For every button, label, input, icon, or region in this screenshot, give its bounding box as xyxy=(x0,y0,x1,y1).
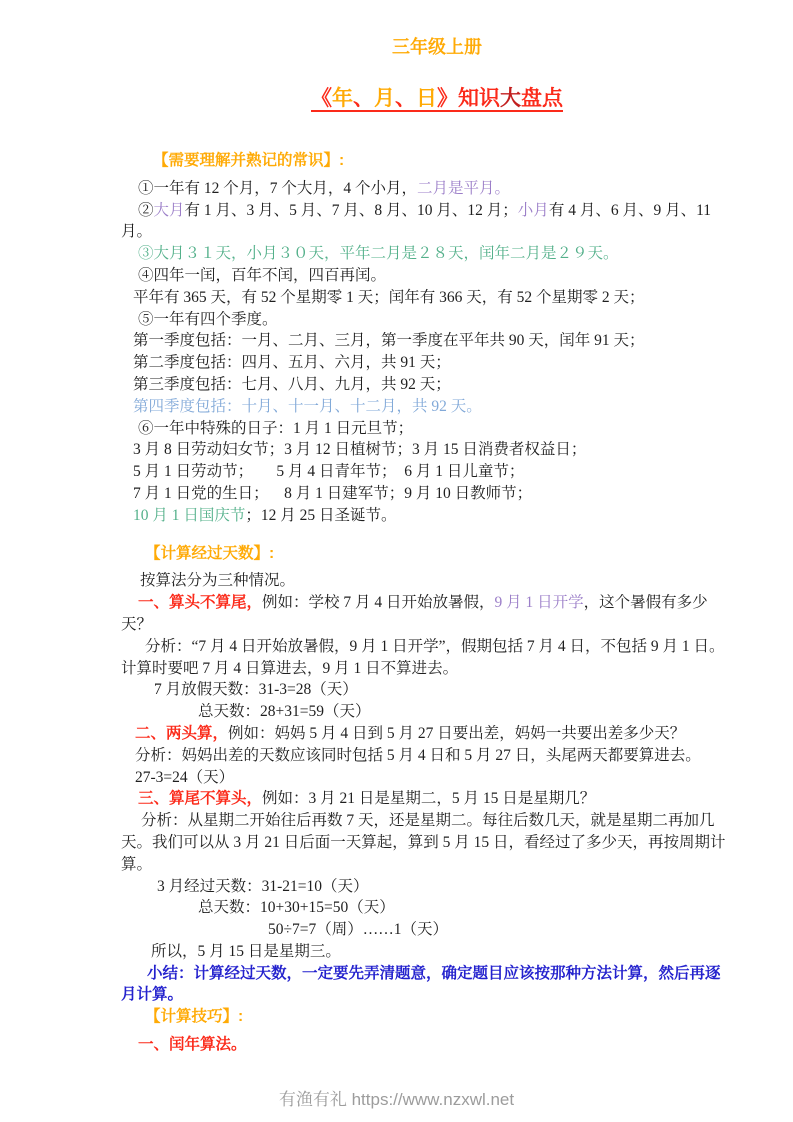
text-line: 10 月 1 日国庆节；12 月 25 日圣诞节。 xyxy=(121,505,793,527)
text-segment: 按算法分为三种情况。 xyxy=(140,572,295,589)
text-line: 二、两头算，例如：妈妈 5 月 4 日到 5 月 27 日要出差，妈妈一共要出差… xyxy=(121,723,793,745)
text-segment: 3 月 8 日劳动妇女节；3 月 12 日植树节；3 月 15 日消费者权益日； xyxy=(133,441,586,458)
text-line: 27-3=24（天） xyxy=(121,767,793,789)
text-segment: 9 月 1 日开学 xyxy=(495,594,584,611)
text-segment: 》知识 xyxy=(437,87,500,110)
text-segment: 例如：学校 7 月 4 日开始放暑假， xyxy=(262,594,495,611)
text-line: 50÷7=7（周）……1（天） xyxy=(121,919,793,941)
text-segment: 月 xyxy=(374,87,395,110)
text-line: 计算时要吧 7 月 4 日算进去，9 月 1 日不算进去。 xyxy=(121,658,793,680)
text-segment: 所以，5 月 15 日是星期三。 xyxy=(151,943,341,960)
text-line: 总天数：10+30+15=50（天） xyxy=(121,897,793,919)
text-line: ③大月３１天，小月３０天，平年二月是２８天，闰年二月是２９天。 xyxy=(121,243,793,265)
text-segment: 天。我们可以从 3 月 21 日后面一天算起，算到 5 月 15 日，看经过了多… xyxy=(121,834,726,851)
text-segment: 总天数：28+31=59（天） xyxy=(198,703,370,720)
text-line: 分析：“7 月 4 日开始放暑假，9 月 1 日开学”，假期包括 7 月 4 日… xyxy=(121,636,793,658)
text-segment: 大月 xyxy=(154,202,185,219)
text-segment: 、 xyxy=(353,87,374,110)
text-segment: 二、两头算， xyxy=(135,725,228,742)
text-line: ⑤一年有四个季度。 xyxy=(121,309,793,331)
text-line: 小结：计算经过天数，一定要先弄清题意，确定题目应该按那种方法计算，然后再逐 xyxy=(121,963,793,985)
text-segment: 大 xyxy=(500,87,521,110)
text-segment: 一、算头不算尾， xyxy=(138,594,262,611)
text-segment: ② xyxy=(138,202,154,219)
text-segment: 天？ xyxy=(121,616,152,633)
text-line: 一、算头不算尾，例如：学校 7 月 4 日开始放暑假，9 月 1 日开学，这个暑… xyxy=(121,592,793,614)
text-segment: 有 1 月、3 月、5 月、7 月、8 月、10 月、12 月； xyxy=(185,202,518,219)
text-line: 7 月 1 日党的生日； 8 月 1 日建军节；9 月 10 日教师节； xyxy=(121,483,793,505)
text-segment: 分析：妈妈出差的天数应该同时包括 5 月 4 日和 5 月 27 日，头尾两天都… xyxy=(135,747,701,764)
text-segment: 小月 xyxy=(518,202,549,219)
text-segment: ；12 月 25 日圣诞节。 xyxy=(245,507,396,524)
text-segment: 7 月 1 日党的生日； 8 月 1 日建军节；9 月 10 日教师节； xyxy=(133,485,532,502)
text-segment: 有 4 月、6 月、9 月、11 xyxy=(549,202,711,219)
heading-common-knowledge: 【需要理解并熟记的常识】: xyxy=(121,150,793,172)
text-line: 所以，5 月 15 日是星期三。 xyxy=(121,941,793,963)
text-segment: 50÷7=7（周）……1（天） xyxy=(268,921,448,938)
text-segment: 平年有 365 天，有 52 个星期零 1 天；闰年有 366 天，有 52 个… xyxy=(133,289,645,306)
text-segment: 算。 xyxy=(121,856,152,873)
document-page: 三年级上册 《年、月、日》知识大盘点 【需要理解并熟记的常识】:①一年有 12 … xyxy=(0,0,793,1122)
text-line: ⑥一年中特殊的日子：1 月 1 日元旦节； xyxy=(121,418,793,440)
text-segment: 盘点 xyxy=(521,87,563,110)
text-segment: 月。 xyxy=(121,223,152,240)
text-line: 天？ xyxy=(121,614,793,636)
text-line: 分析：妈妈出差的天数应该同时包括 5 月 4 日和 5 月 27 日，头尾两天都… xyxy=(121,745,793,767)
text-segment: 、 xyxy=(395,87,416,110)
text-segment: 日 xyxy=(416,87,437,110)
text-segment: 【需要理解并熟记的常识】: xyxy=(153,152,344,169)
text-line: 总天数：28+31=59（天） xyxy=(121,701,793,723)
text-segment: ⑥一年中特殊的日子：1 月 1 日元旦节； xyxy=(138,420,413,437)
text-segment: 计算时要吧 7 月 4 日算进去，9 月 1 日不算进去。 xyxy=(121,660,458,677)
text-line: 3 月 8 日劳动妇女节；3 月 12 日植树节；3 月 15 日消费者权益日； xyxy=(121,439,793,461)
text-segment: ④四年一闰，百年不闰，四百再闰。 xyxy=(138,267,386,284)
text-line: 月。 xyxy=(121,221,793,243)
text-segment: 5 月 1 日劳动节； 5 月 4 日青年节； 6 月 1 日儿童节； xyxy=(133,463,524,480)
text-segment: 7 月放假天数：31-3=28（天） xyxy=(154,681,358,698)
footer-watermark: 有渔有礼 https://www.nzxwl.net xyxy=(0,1085,793,1110)
text-line: 第三季度包括：七月、八月、九月，共 92 天； xyxy=(121,374,793,396)
text-line: ②大月有 1 月、3 月、5 月、7 月、8 月、10 月、12 月；小月有 4… xyxy=(121,200,793,222)
text-segment: 分析：从星期二开始往后再数 7 天，还是星期二。每往后数几天，就是星期二再加几 xyxy=(141,812,715,829)
text-segment: 年 xyxy=(332,87,353,110)
text-line: 算。 xyxy=(121,854,793,876)
text-segment: 分析：“7 月 4 日开始放暑假，9 月 1 日开学”，假期包括 7 月 4 日… xyxy=(145,638,725,655)
text-segment: 第二季度包括：四月、五月、六月，共 91 天； xyxy=(133,354,451,371)
text-segment: 3 月经过天数：31-21=10（天） xyxy=(157,878,369,895)
text-segment: ⑤一年有四个季度。 xyxy=(138,311,278,328)
text-line: 三、算尾不算头，例如：3 月 21 日是星期二，5 月 15 日是星期几？ xyxy=(121,788,793,810)
text-segment: ①一年有 12 个月，7 个大月，4 个小月， xyxy=(138,180,417,197)
text-line: 一、闰年算法。 xyxy=(121,1034,793,1056)
text-line: 月计算。 xyxy=(121,984,793,1006)
text-line: 第四季度包括：十月、十一月、十二月，共 92 天。 xyxy=(121,396,793,418)
text-segment: 小结：计算经过天数，一定要先弄清题意，确定题目应该按那种方法计算，然后再逐 xyxy=(147,965,721,982)
text-segment: 10 月 1 日国庆节 xyxy=(133,507,245,524)
text-segment: 第一季度包括：一月、二月、三月，第一季度在平年共 90 天，闰年 91 天； xyxy=(133,332,645,349)
title-block: 三年级上册 《年、月、日》知识大盘点 xyxy=(0,0,793,112)
text-segment: 一、闰年算法。 xyxy=(138,1036,247,1053)
text-line: 平年有 365 天，有 52 个星期零 1 天；闰年有 366 天，有 52 个… xyxy=(121,287,793,309)
text-segment: 例如：3 月 21 日是星期二，5 月 15 日是星期几？ xyxy=(262,790,595,807)
text-line: ①一年有 12 个月，7 个大月，4 个小月，二月是平月。 xyxy=(121,178,793,200)
text-segment: 总天数：10+30+15=50（天） xyxy=(198,899,395,916)
text-line: 第二季度包括：四月、五月、六月，共 91 天； xyxy=(121,352,793,374)
text-line: 分析：从星期二开始往后再数 7 天，还是星期二。每往后数几天，就是星期二再加几 xyxy=(121,810,793,832)
text-line: 按算法分为三种情况。 xyxy=(121,570,793,592)
text-segment: ③大月３１天，小月３０天，平年二月是２８天，闰年二月是２９天。 xyxy=(138,245,619,262)
text-line: 天。我们可以从 3 月 21 日后面一天算起，算到 5 月 15 日，看经过了多… xyxy=(121,832,793,854)
text-segment: 【计算技巧】: xyxy=(145,1008,243,1025)
text-segment: 27-3=24（天） xyxy=(135,769,234,786)
text-segment: 第三季度包括：七月、八月、九月，共 92 天； xyxy=(133,376,451,393)
heading-calc-tips: 【计算技巧】: xyxy=(121,1006,793,1028)
text-segment: 例如：妈妈 5 月 4 日到 5 月 27 日要出差，妈妈一共要出差多少天？ xyxy=(228,725,685,742)
text-segment: 【计算经过天数】: xyxy=(145,545,274,562)
text-segment: ，这个暑假有多少 xyxy=(584,594,708,611)
text-line: 第一季度包括：一月、二月、三月，第一季度在平年共 90 天，闰年 91 天； xyxy=(121,330,793,352)
doc-subtitle: 《年、月、日》知识大盘点 xyxy=(121,86,753,112)
text-line: 3 月经过天数：31-21=10（天） xyxy=(121,876,793,898)
text-segment: 《 xyxy=(311,87,332,110)
text-line: ④四年一闰，百年不闰，四百再闰。 xyxy=(121,265,793,287)
text-segment: 月计算。 xyxy=(121,986,183,1003)
text-line: 5 月 1 日劳动节； 5 月 4 日青年节； 6 月 1 日儿童节； xyxy=(121,461,793,483)
heading-calc-days: 【计算经过天数】: xyxy=(121,543,793,565)
text-segment: 第四季度包括：十月、十一月、十二月，共 92 天。 xyxy=(133,398,482,415)
text-segment: 二月是平月。 xyxy=(417,180,510,197)
page-title: 三年级上册 xyxy=(121,34,753,60)
document-body: 【需要理解并熟记的常识】:①一年有 12 个月，7 个大月，4 个小月，二月是平… xyxy=(0,150,793,1056)
text-segment: 三、算尾不算头， xyxy=(138,790,262,807)
text-line: 7 月放假天数：31-3=28（天） xyxy=(121,679,793,701)
